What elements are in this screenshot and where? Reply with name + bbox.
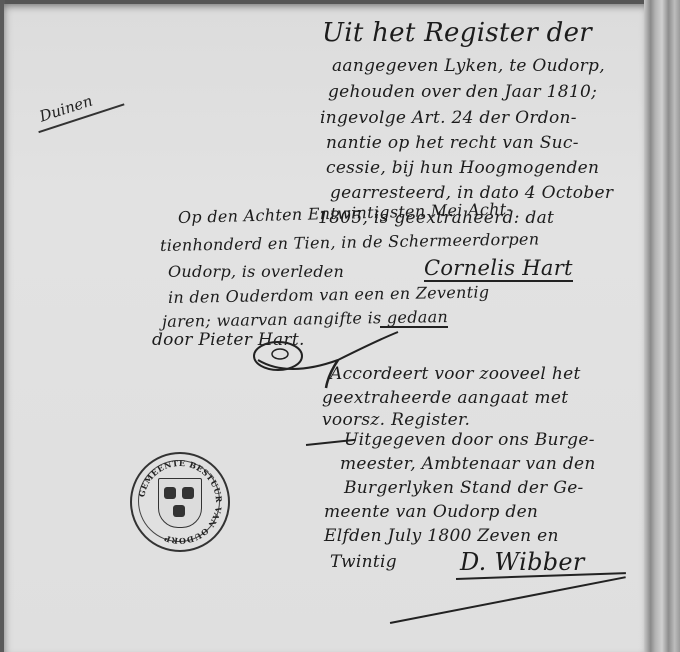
text-line: Oudorp, is overleden xyxy=(168,262,344,281)
crown-icon xyxy=(182,487,194,499)
text-line: Burgerlyken Stand der Ge- xyxy=(344,478,584,498)
book-binding xyxy=(644,0,680,652)
text-line: Accordeert voor zooveel het xyxy=(330,364,581,384)
deceased-name: Cornelis Hart xyxy=(424,256,573,282)
shield-icon xyxy=(158,478,202,528)
text-line: gehouden over den Jaar 1810; xyxy=(328,82,597,102)
text-line: voorsz. Register. xyxy=(322,410,470,430)
text-line: Twintig xyxy=(330,552,397,572)
text-line: Elfden July 1800 Zeven en xyxy=(324,526,559,546)
crown-icon xyxy=(173,505,185,517)
crown-icon xyxy=(164,487,176,499)
underline-stroke xyxy=(380,326,448,328)
text-line: meester, Ambtenaar van den xyxy=(340,454,596,474)
text-line: Uitgegeven door ons Burge- xyxy=(344,430,595,450)
text-line: geextraheerde aangaat met xyxy=(322,388,568,408)
text-line: aangegeven Lyken, te Oudorp, xyxy=(332,56,605,76)
text-line: meente van Oudorp den xyxy=(324,502,538,522)
text-line: nantie op het recht van Suc- xyxy=(326,133,579,153)
municipal-seal: GEMEENTE BESTUUR VAN OUDORP xyxy=(130,452,230,552)
document-heading: Uit het Register der xyxy=(322,18,592,48)
text-line: cessie, bij hun Hoogmogenden xyxy=(326,158,599,178)
text-line: ingevolge Art. 24 der Ordon- xyxy=(320,108,577,128)
signature: D. Wibber xyxy=(460,548,585,576)
